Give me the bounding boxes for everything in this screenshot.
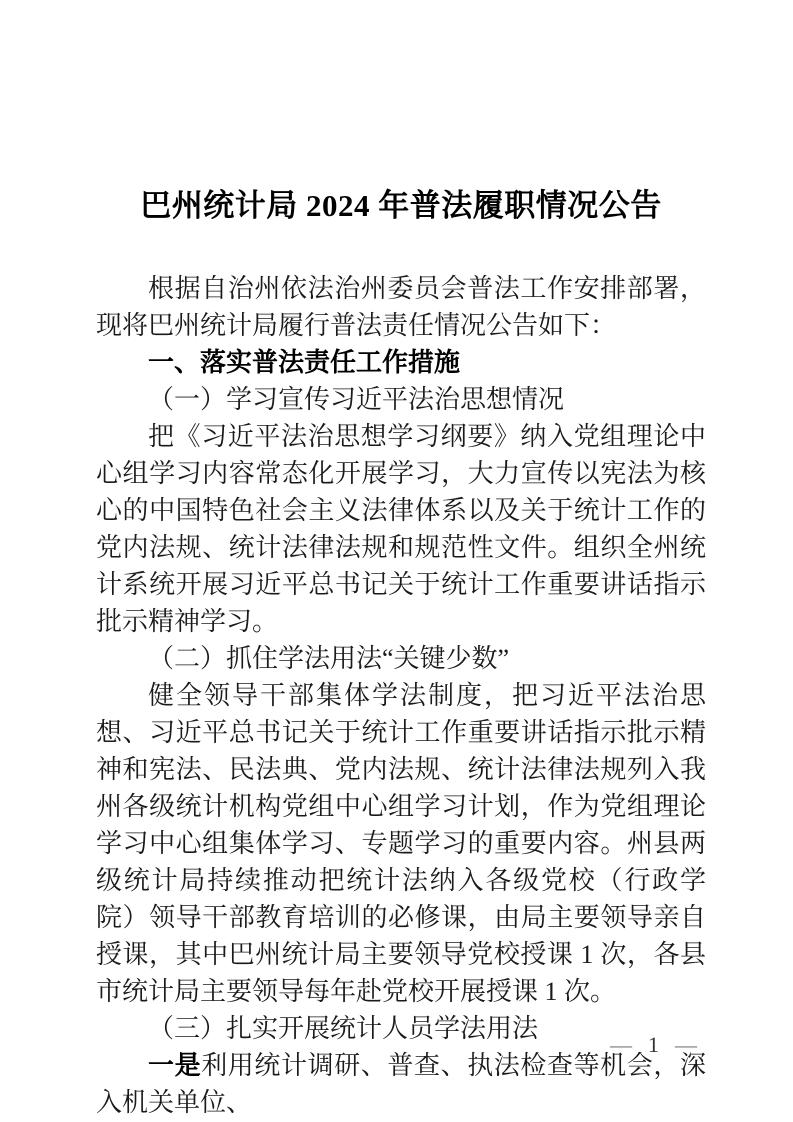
intro-paragraph: 根据自治州依法治州委员会普法工作安排部署，现将巴州统计局履行普法责任情况公告如下…	[96, 270, 706, 344]
page-number-left-dash: —	[610, 1032, 632, 1057]
subsection-1-1-paragraph: 把《习近平法治思想学习纲要》纳入党组理论中心组学习内容常态化开展学习，大力宣传以…	[96, 418, 706, 640]
page-number: —1—	[610, 1032, 697, 1058]
document-page: 巴州统计局 2024 年普法履职情况公告 根据自治州依法治州委员会普法工作安排部…	[0, 0, 793, 1122]
subsection-1-2-paragraph: 健全领导干部集体学法制度，把习近平法治思想、习近平总书记关于统计工作重要讲话指示…	[96, 677, 706, 1010]
subsection-1-2-heading: （二）抓住学法用法“关键少数”	[96, 640, 706, 677]
subsection-1-3-paragraph: 一是利用统计调研、普查、执法检查等机会，深入机关单位、	[96, 1047, 706, 1121]
page-number-right-dash: —	[675, 1032, 697, 1057]
page-number-value: 1	[648, 1032, 659, 1058]
document-title: 巴州统计局 2024 年普法履职情况公告	[96, 186, 706, 226]
subsection-1-1-heading: （一）学习宣传习近平法治思想情况	[96, 381, 706, 418]
section-1-heading: 一、落实普法责任工作措施	[96, 344, 706, 381]
paragraph-lead-emphasis: 一是	[148, 1050, 201, 1080]
document-body: 根据自治州依法治州委员会普法工作安排部署，现将巴州统计局履行普法责任情况公告如下…	[96, 270, 706, 1121]
